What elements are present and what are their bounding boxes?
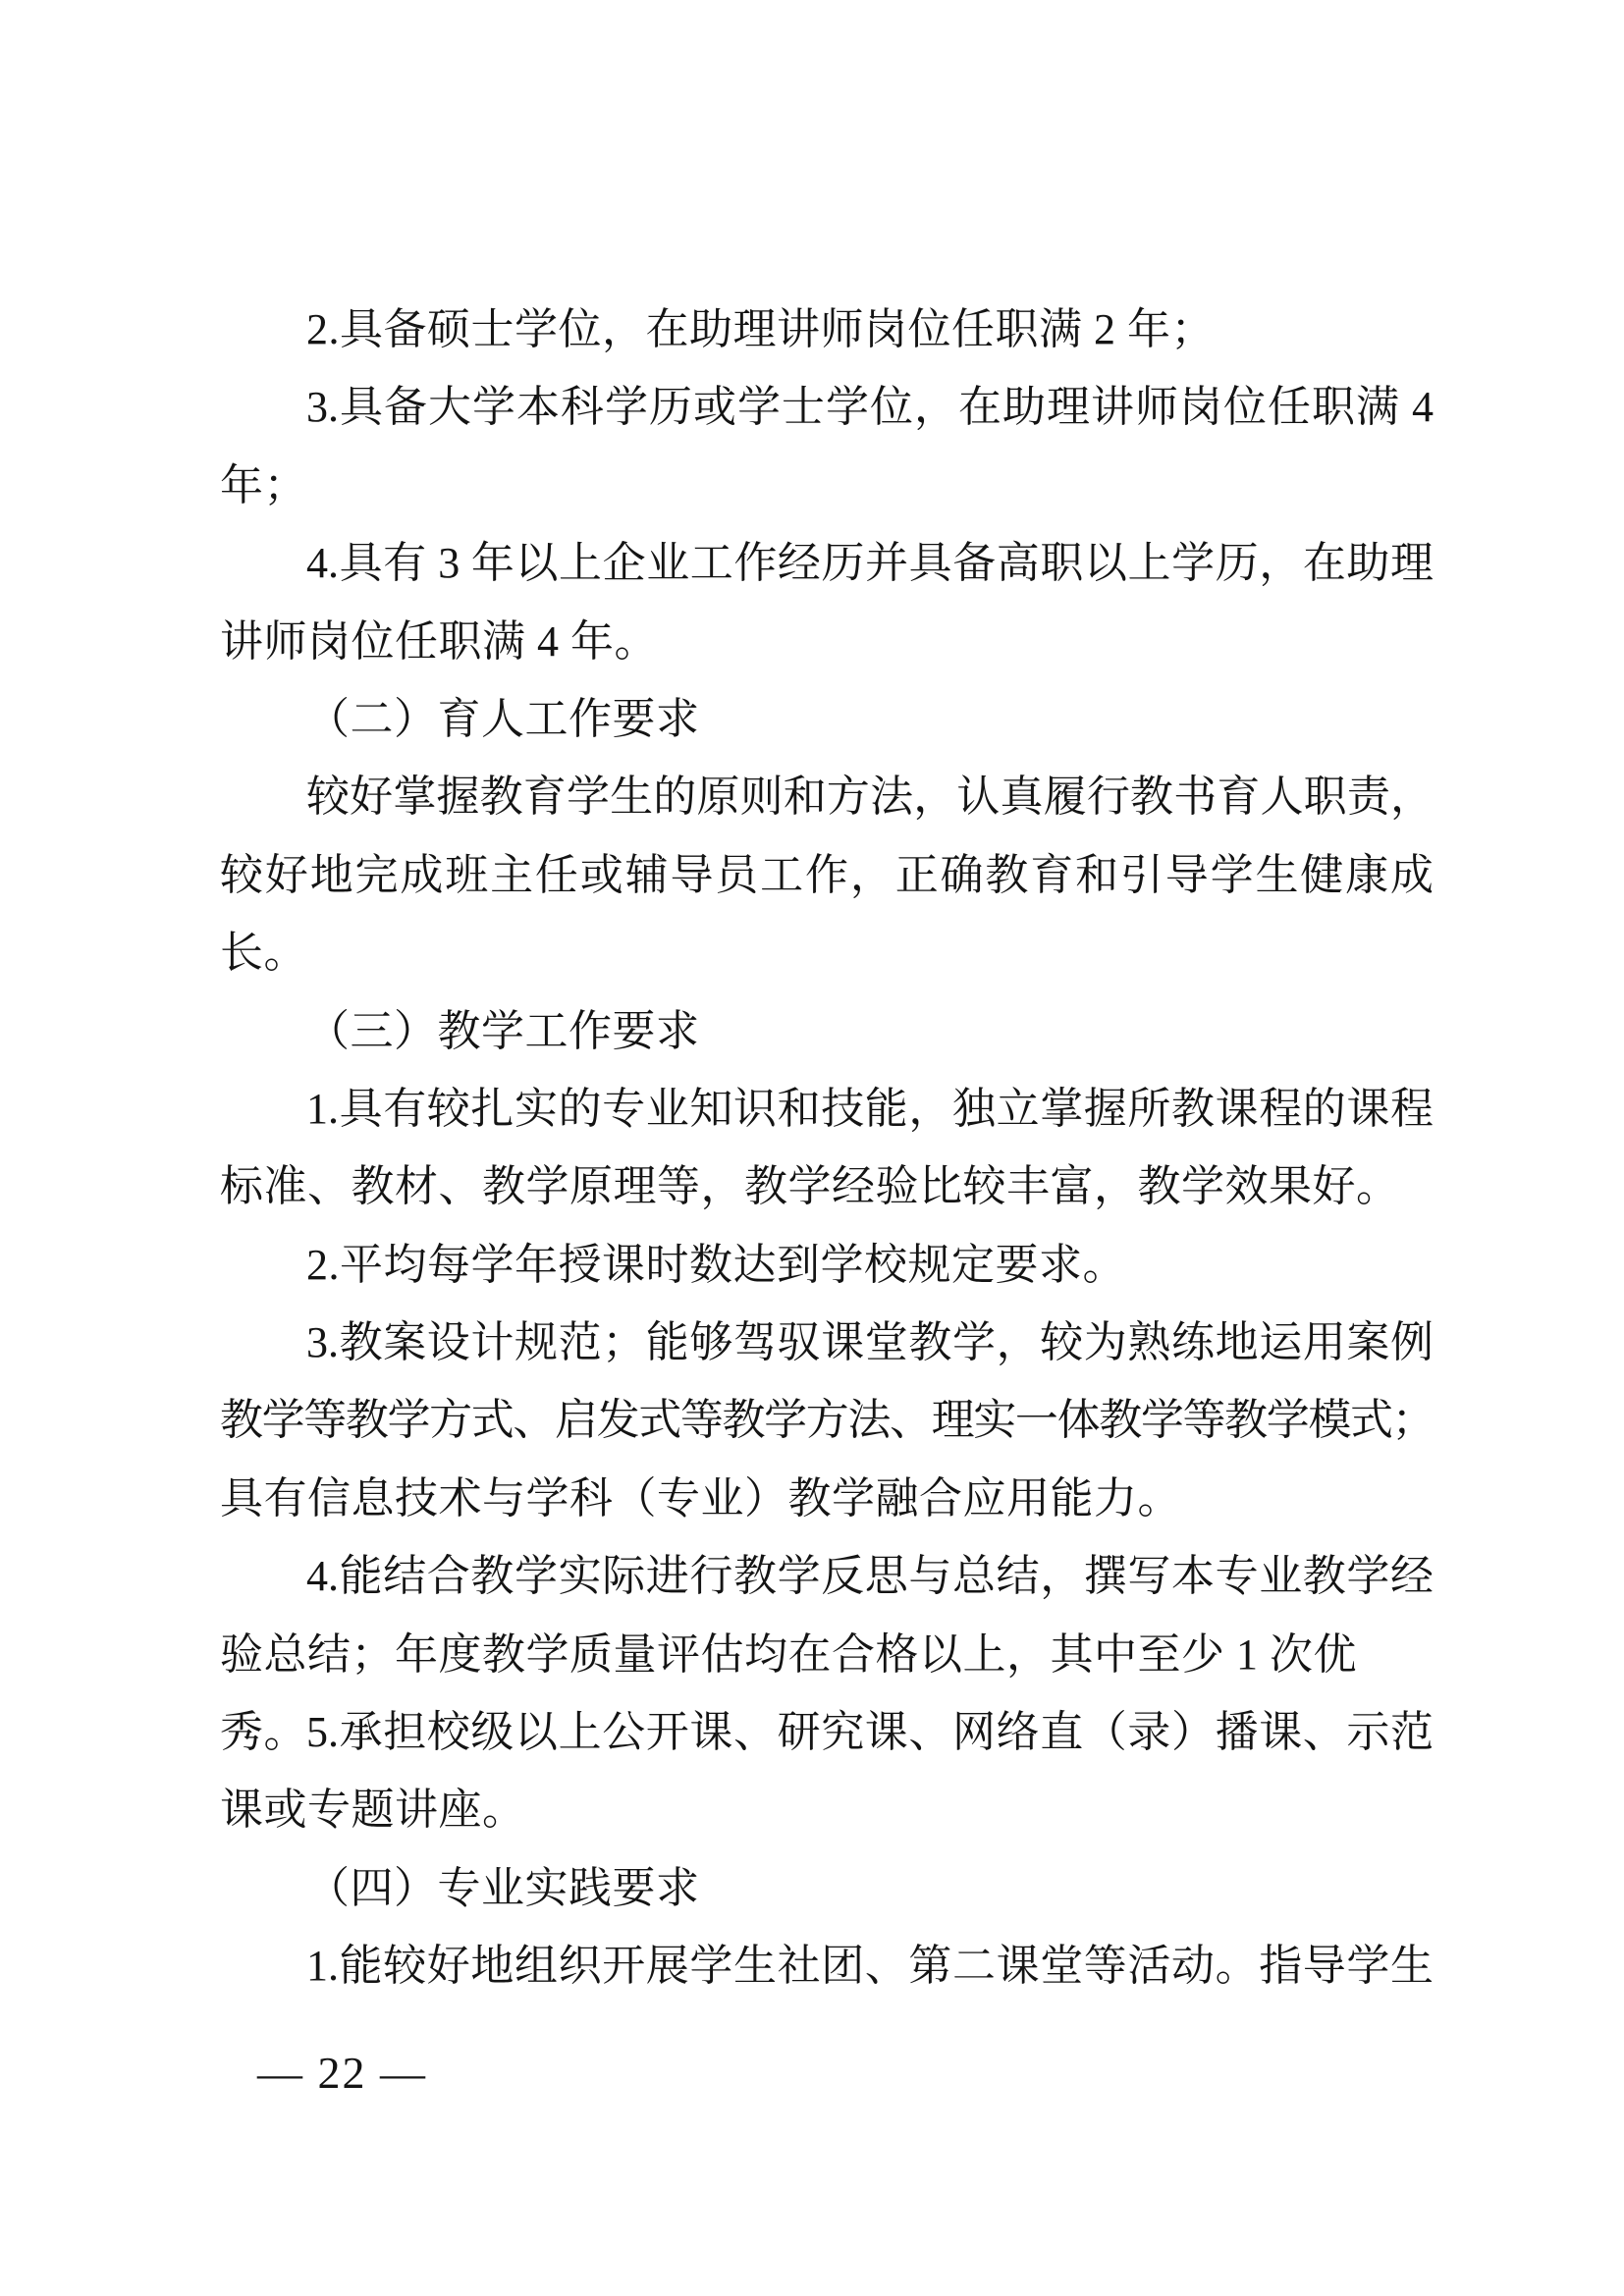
text-line: 年； [220, 447, 1434, 524]
text-line: （四）专业实践要求 [220, 1849, 1434, 1927]
page-number: — 22 — [257, 2048, 427, 2098]
text-line: 长。 [220, 914, 1434, 991]
text-line: 课或专题讲座。 [220, 1771, 1434, 1848]
text-line: 2.平均每学年授课时数达到学校规定要求。 [220, 1226, 1434, 1304]
text-line: 讲师岗位任职满 4 年。 [220, 603, 1434, 680]
text-line: 1.能较好地组织开展学生社团、第二课堂等活动。指导学生 [220, 1927, 1434, 2004]
text-line: 4.能结合教学实际进行教学反思与总结，撰写本专业教学经 [220, 1537, 1434, 1615]
text-line: 3.教案设计规范；能够驾驭课堂教学，较为熟练地运用案例 [220, 1304, 1434, 1381]
text-line: （三）教学工作要求 [220, 992, 1434, 1070]
document-page: 2.具备硕士学位，在助理讲师岗位任职满 2 年；3.具备大学本科学历或学士学位，… [0, 0, 1624, 2296]
text-line: 较好掌握教育学生的原则和方法，认真履行教书育人职责， [220, 758, 1434, 835]
document-body: 2.具备硕士学位，在助理讲师岗位任职满 2 年；3.具备大学本科学历或学士学位，… [220, 291, 1434, 2005]
text-line: 教学等教学方式、启发式等教学方法、理实一体教学等教学模式； [220, 1381, 1434, 1459]
text-line: 标准、教材、教学原理等，教学经验比较丰富，教学效果好。 [220, 1148, 1434, 1225]
text-line: 1.具有较扎实的专业知识和技能，独立掌握所教课程的课程 [220, 1070, 1434, 1148]
text-line: 4.具有 3 年以上企业工作经历并具备高职以上学历，在助理 [220, 524, 1434, 602]
text-line: 较好地完成班主任或辅导员工作，正确教育和引导学生健康成 [220, 836, 1434, 914]
text-line: （二）育人工作要求 [220, 680, 1434, 758]
text-line: 验总结；年度教学质量评估均在合格以上，其中至少 1 次优秀。 [220, 1616, 1434, 1693]
text-line: 5.承担校级以上公开课、研究课、网络直（录）播课、示范 [220, 1693, 1434, 1771]
text-line: 具有信息技术与学科（专业）教学融合应用能力。 [220, 1460, 1434, 1537]
text-line: 2.具备硕士学位，在助理讲师岗位任职满 2 年； [220, 291, 1434, 368]
page-footer: — 22 — [257, 2048, 427, 2099]
text-line: 3.具备大学本科学历或学士学位，在助理讲师岗位任职满 4 [220, 368, 1434, 446]
